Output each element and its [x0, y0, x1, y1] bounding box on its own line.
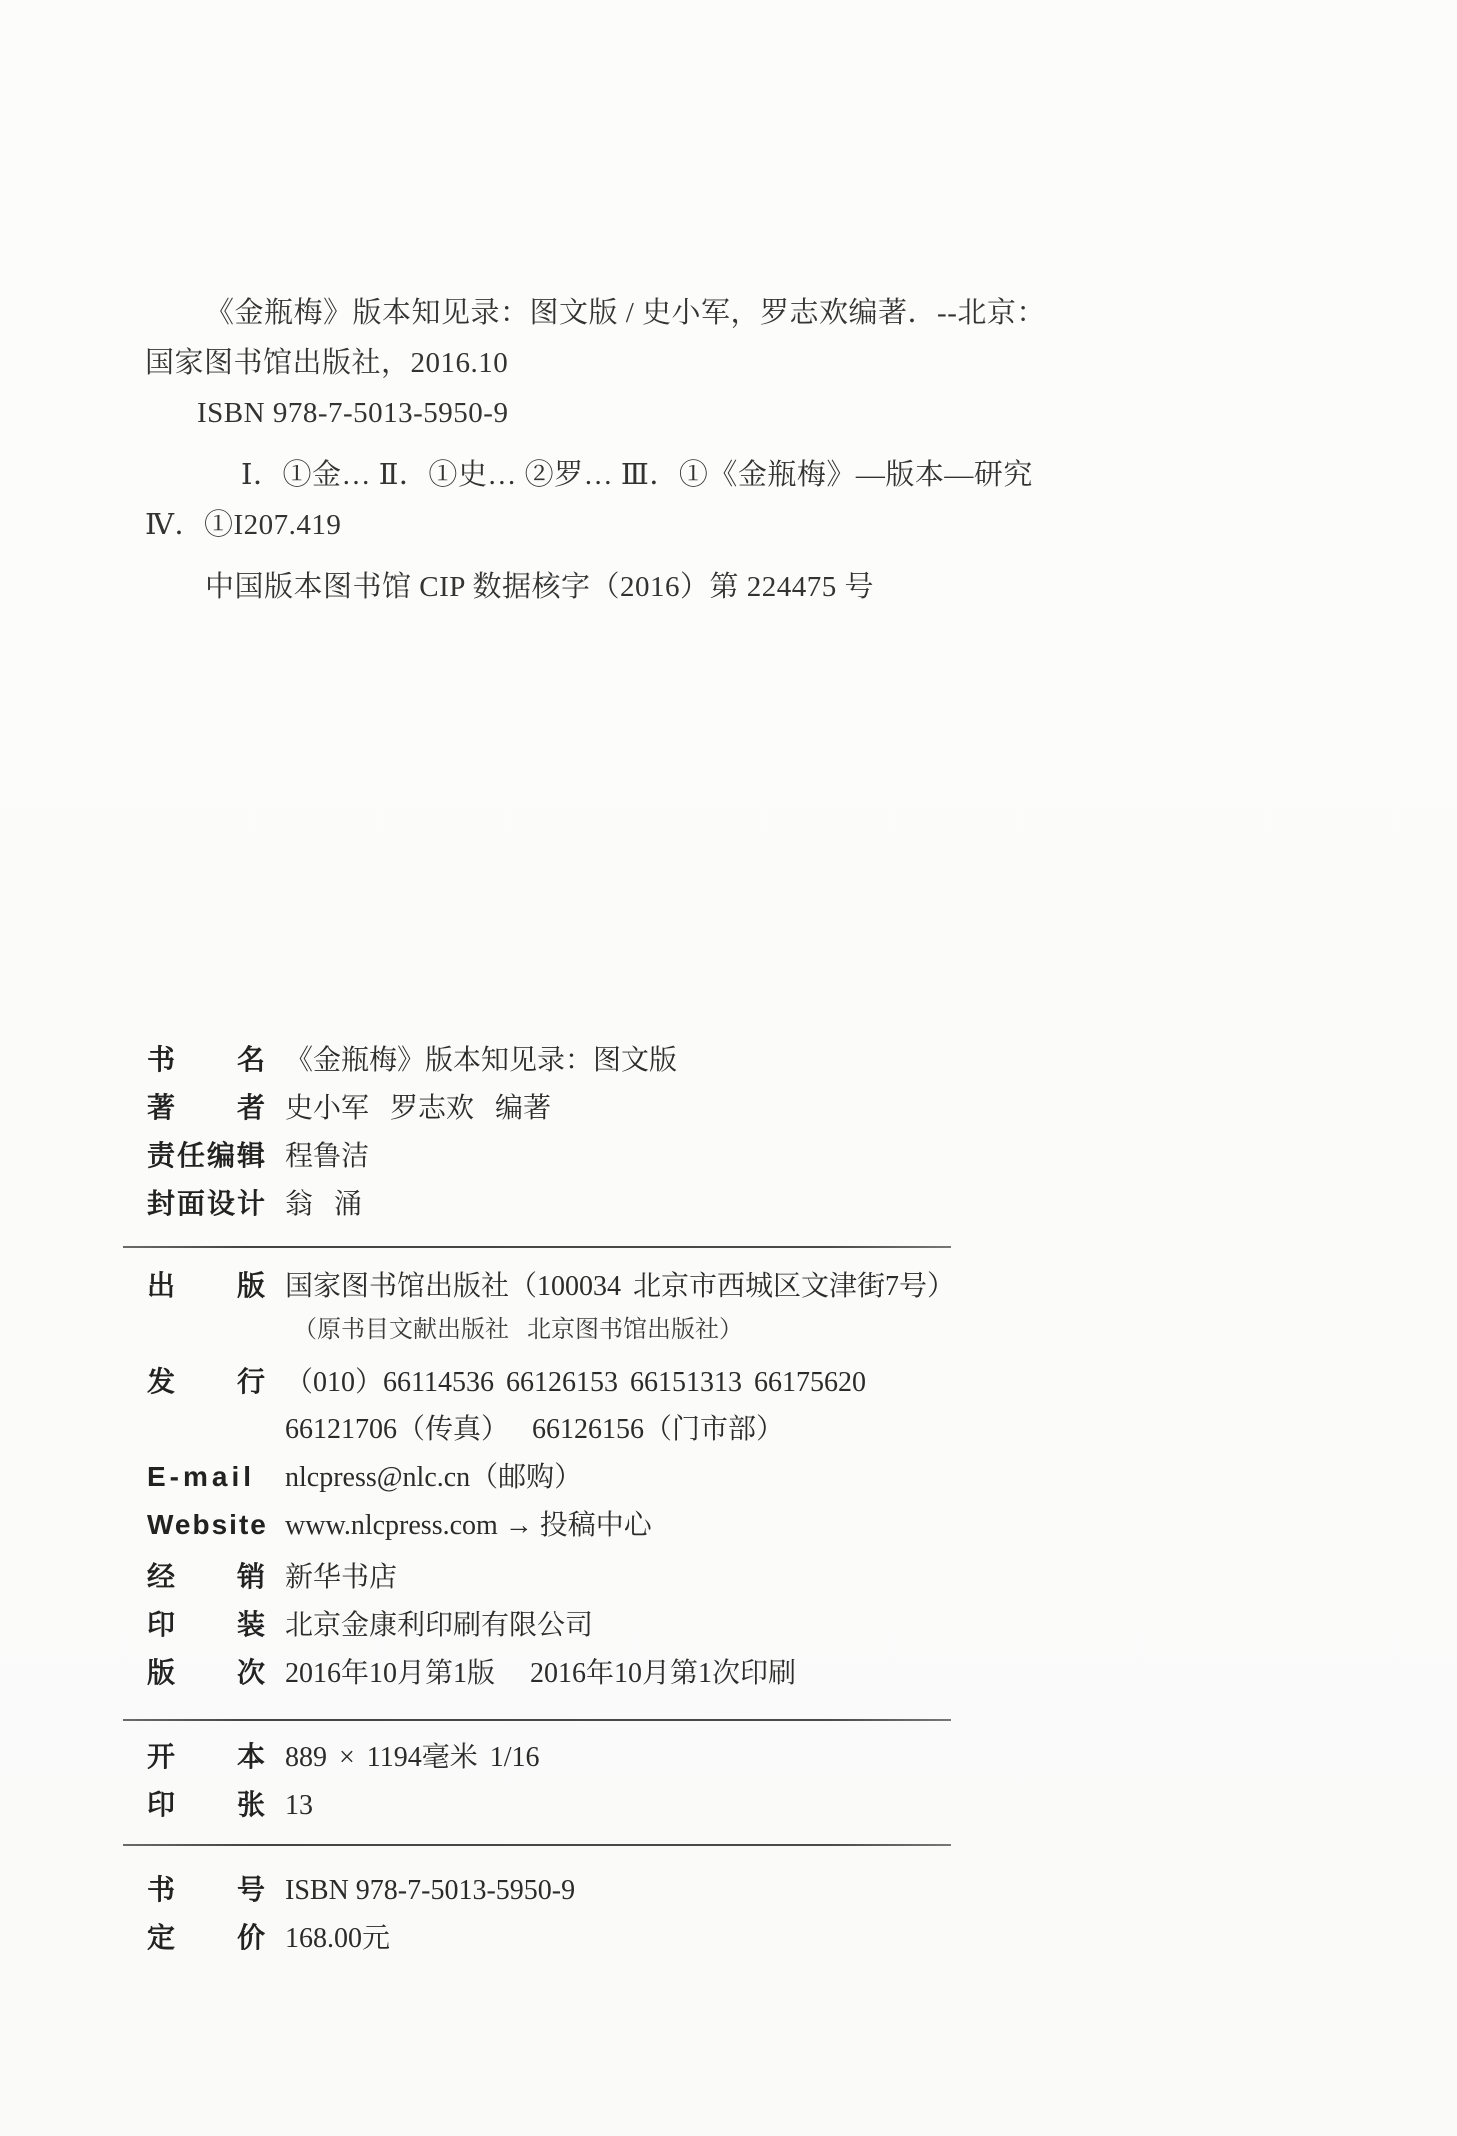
price-value: 168.00元 — [285, 1915, 390, 1962]
cip-isbn-line: ISBN 978-7-5013-5950-9 — [145, 388, 1085, 438]
format-label: 开本 — [147, 1733, 265, 1780]
distributor-label: 经销 — [147, 1553, 265, 1600]
publisher-label: 出版 — [147, 1262, 265, 1309]
row-printing: 印装 北京金康利印刷有限公司 — [147, 1601, 1007, 1649]
printing-label: 印装 — [147, 1601, 265, 1648]
row-isbn: 书号 ISBN 978-7-5013-5950-9 — [147, 1866, 1007, 1914]
author-label: 著者 — [147, 1084, 265, 1131]
row-author: 著者 史小军 罗志欢 编著 — [147, 1084, 1007, 1132]
book-title-label: 书名 — [147, 1036, 265, 1083]
printed-sheets-value: 13 — [285, 1782, 313, 1829]
row-printed-sheets: 印张 13 — [147, 1781, 1007, 1829]
cip-record-number-line: 中国版本图书馆 CIP 数据核字（2016）第 224475 号 — [145, 562, 1085, 612]
cover-design-value: 翁 涌 — [285, 1181, 362, 1228]
cover-design-label: 封面设计 — [147, 1180, 265, 1227]
row-edition: 版次 2016年10月第1版 2016年10月第1次印刷 — [147, 1649, 1007, 1697]
publisher-former-names-note: （原书目文献出版社 北京图书馆出版社） — [293, 1310, 1007, 1350]
book-title-value: 《金瓶梅》版本知见录：图文版 — [285, 1037, 677, 1084]
format-value: 889 × 1194毫米 1/16 — [285, 1734, 540, 1781]
divider-top — [123, 1246, 951, 1248]
edition-label: 版次 — [147, 1649, 265, 1696]
row-distribution: 发行 （010）66114536 66126153 66151313 66175… — [147, 1358, 1007, 1406]
cip-title-line: 《金瓶梅》版本知见录：图文版 / 史小军，罗志欢编著．--北京： — [145, 288, 1085, 338]
author-value: 史小军 罗志欢 编著 — [285, 1085, 551, 1132]
book-copyright-page: 《金瓶梅》版本知见录：图文版 / 史小军，罗志欢编著．--北京： 国家图书馆出版… — [0, 0, 1457, 2136]
publisher-value: 国家图书馆出版社（100034 北京市西城区文津街7号） — [285, 1263, 955, 1310]
row-distributor: 经销 新华书店 — [147, 1553, 1007, 1601]
row-publisher: 出版 国家图书馆出版社（100034 北京市西城区文津街7号） — [147, 1262, 1007, 1310]
divider-middle — [123, 1719, 951, 1721]
cip-publisher-line: 国家图书馆出版社，2016.10 — [145, 338, 1085, 388]
row-price: 定价 168.00元 — [147, 1914, 1007, 1962]
price-label: 定价 — [147, 1914, 265, 1961]
cip-class-number-line: Ⅳ．①I207.419 — [145, 500, 1085, 550]
cip-classification-line: Ⅰ．①金… Ⅱ．①史… ②罗… Ⅲ．①《金瓶梅》—版本—研究 — [145, 450, 1085, 500]
row-website: Website www.nlcpress.com → 投稿中心 — [147, 1501, 1007, 1549]
row-format: 开本 889 × 1194毫米 1/16 — [147, 1733, 1007, 1781]
distribution-phones-line2: 66121706（传真） 66126156（门市部） — [285, 1406, 1007, 1453]
colophon-block: 书名 《金瓶梅》版本知见录：图文版 著者 史小军 罗志欢 编著 责任编辑 程鲁洁… — [147, 1036, 1007, 1962]
row-email: E-mail nlcpress@nlc.cn（邮购） — [147, 1453, 1007, 1501]
edition-value: 2016年10月第1版 2016年10月第1次印刷 — [285, 1650, 796, 1697]
printing-value: 北京金康利印刷有限公司 — [285, 1602, 593, 1649]
email-label: E-mail — [147, 1453, 265, 1500]
isbn-value: ISBN 978-7-5013-5950-9 — [285, 1867, 575, 1914]
isbn-label: 书号 — [147, 1866, 265, 1913]
distributor-value: 新华书店 — [285, 1554, 397, 1601]
divider-bottom — [123, 1844, 951, 1846]
row-cover-design: 封面设计 翁 涌 — [147, 1180, 1007, 1228]
printed-sheets-label: 印张 — [147, 1781, 265, 1828]
email-value: nlcpress@nlc.cn（邮购） — [285, 1454, 582, 1501]
website-value: www.nlcpress.com → 投稿中心 — [285, 1502, 652, 1549]
responsible-editor-label: 责任编辑 — [147, 1132, 265, 1179]
row-book-title: 书名 《金瓶梅》版本知见录：图文版 — [147, 1036, 1007, 1084]
website-label: Website — [147, 1501, 265, 1548]
row-responsible-editor: 责任编辑 程鲁洁 — [147, 1132, 1007, 1180]
distribution-phones-line1: （010）66114536 66126153 66151313 66175620 — [285, 1359, 866, 1406]
responsible-editor-value: 程鲁洁 — [285, 1133, 369, 1180]
cip-block: 《金瓶梅》版本知见录：图文版 / 史小军，罗志欢编著．--北京： 国家图书馆出版… — [145, 288, 1085, 612]
distribution-label: 发行 — [147, 1358, 265, 1405]
